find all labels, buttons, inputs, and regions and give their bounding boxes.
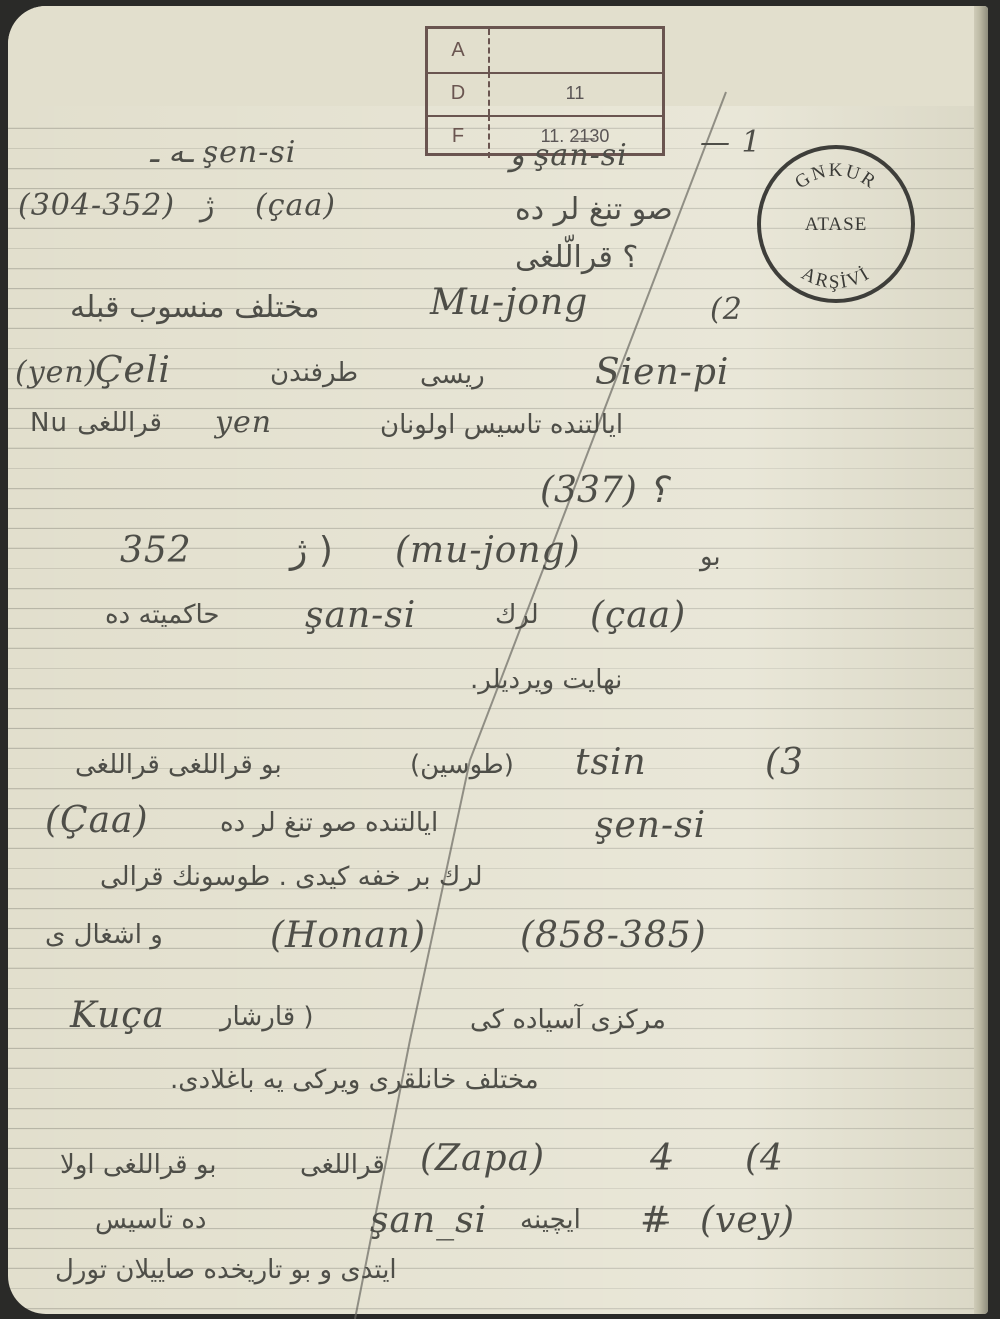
handwriting: نهایت ویردیلر.	[470, 665, 622, 695]
handwriting: ایالتنده صو تنغ لر ده	[220, 808, 438, 838]
handwriting: (Çaa)	[45, 800, 149, 841]
handwriting: مختلف منسوب قبله	[70, 290, 320, 325]
handwriting: (858-385)	[520, 915, 707, 956]
archive-stamp: GNKUR ARŞİVİ ATASE	[757, 145, 915, 303]
handwriting: ژ	[200, 188, 215, 223]
handwriting: ؟ (337)	[540, 470, 667, 511]
svg-text:ARŞİVİ: ARŞİVİ	[798, 263, 874, 293]
handwriting: ریسی	[420, 360, 485, 390]
form-key: D	[428, 72, 490, 115]
handwriting: لرك	[495, 600, 539, 630]
handwriting: (2	[710, 292, 743, 327]
handwriting: ؟ قرالّلغی	[515, 240, 638, 275]
stamp-center-text: ATASE	[761, 214, 911, 236]
handwriting: مختلف خانلقری ویرکی یه باغلادی.	[170, 1065, 539, 1095]
handwriting: Kuça	[70, 995, 165, 1036]
handwriting: قراللغی	[300, 1150, 385, 1180]
form-value: 11	[488, 72, 662, 115]
handwriting: طرفندن	[270, 358, 358, 388]
handwriting: (vey)	[700, 1200, 795, 1241]
archive-reference-form: A D 11 F 11. 2̶1̶30	[425, 26, 665, 156]
handwriting: Nu قراللغی	[30, 408, 162, 438]
handwriting: Sien-pi	[595, 352, 729, 393]
handwriting: (4	[745, 1138, 784, 1179]
handwriting: şan_si	[370, 1200, 487, 1241]
page-edge	[974, 6, 988, 1314]
handwriting: ده تاسیس	[95, 1205, 206, 1235]
handwriting: و اشغال ی	[45, 920, 163, 950]
handwriting: 4̶	[650, 1138, 674, 1179]
form-row-d: D 11	[428, 72, 662, 117]
handwriting: (Zapa)	[420, 1138, 545, 1179]
handwriting: (yen)	[15, 355, 97, 390]
handwriting: Mu-jong	[430, 282, 588, 323]
handwriting: şen-si	[595, 805, 706, 846]
handwriting: بو	[700, 542, 721, 572]
handwriting: (mu-jong)	[395, 530, 581, 571]
form-value	[488, 29, 662, 72]
handwriting: ( قارشار	[220, 1002, 314, 1032]
handwriting: (3	[765, 742, 804, 783]
handwriting: بو قراللغی اولا	[60, 1150, 217, 1180]
handwriting: ایچینه	[520, 1205, 581, 1235]
handwriting: yen	[215, 405, 272, 440]
handwriting: şan-si	[305, 595, 416, 636]
handwriting: (304-352)	[18, 188, 175, 223]
handwriting: مرکزی آسیاده کی	[470, 1005, 666, 1035]
handwriting: ـه ـ şen-si	[150, 135, 296, 170]
handwriting: tsin	[575, 742, 647, 783]
handwriting: حاکمیته ده	[105, 600, 220, 630]
handwriting: لرك بر خفه کیدی . طوسونك قرالی	[100, 862, 483, 892]
handwriting: Çeli	[95, 350, 171, 391]
handwriting: بو قراللغی قراللغی	[75, 750, 282, 780]
handwriting: #̶	[640, 1200, 671, 1241]
svg-text:GNKUR: GNKUR	[791, 160, 880, 193]
handwriting: (Honan)	[270, 915, 426, 956]
form-row-a: A	[428, 29, 662, 74]
form-key: A	[428, 29, 490, 72]
form-key: F	[428, 115, 490, 158]
handwriting: ( ژ	[290, 530, 333, 571]
handwriting: و şan-si	[510, 138, 628, 173]
handwriting: (طوسین)	[410, 750, 514, 780]
handwriting: — 1	[700, 125, 762, 160]
handwriting: ایالتنده تاسیس اولونان	[380, 410, 623, 440]
handwriting: (çaa)	[590, 595, 686, 636]
stamp-bottom-text: ARŞİVİ	[798, 263, 874, 293]
handwriting: صو تنغ لر ده	[515, 192, 673, 227]
handwriting: (çaa)	[255, 188, 336, 223]
handwriting: 352	[120, 530, 192, 571]
handwriting: ایتدی و بو تاریخده صاییلان تورل	[55, 1255, 397, 1285]
stamp-top-text: GNKUR	[791, 160, 880, 193]
